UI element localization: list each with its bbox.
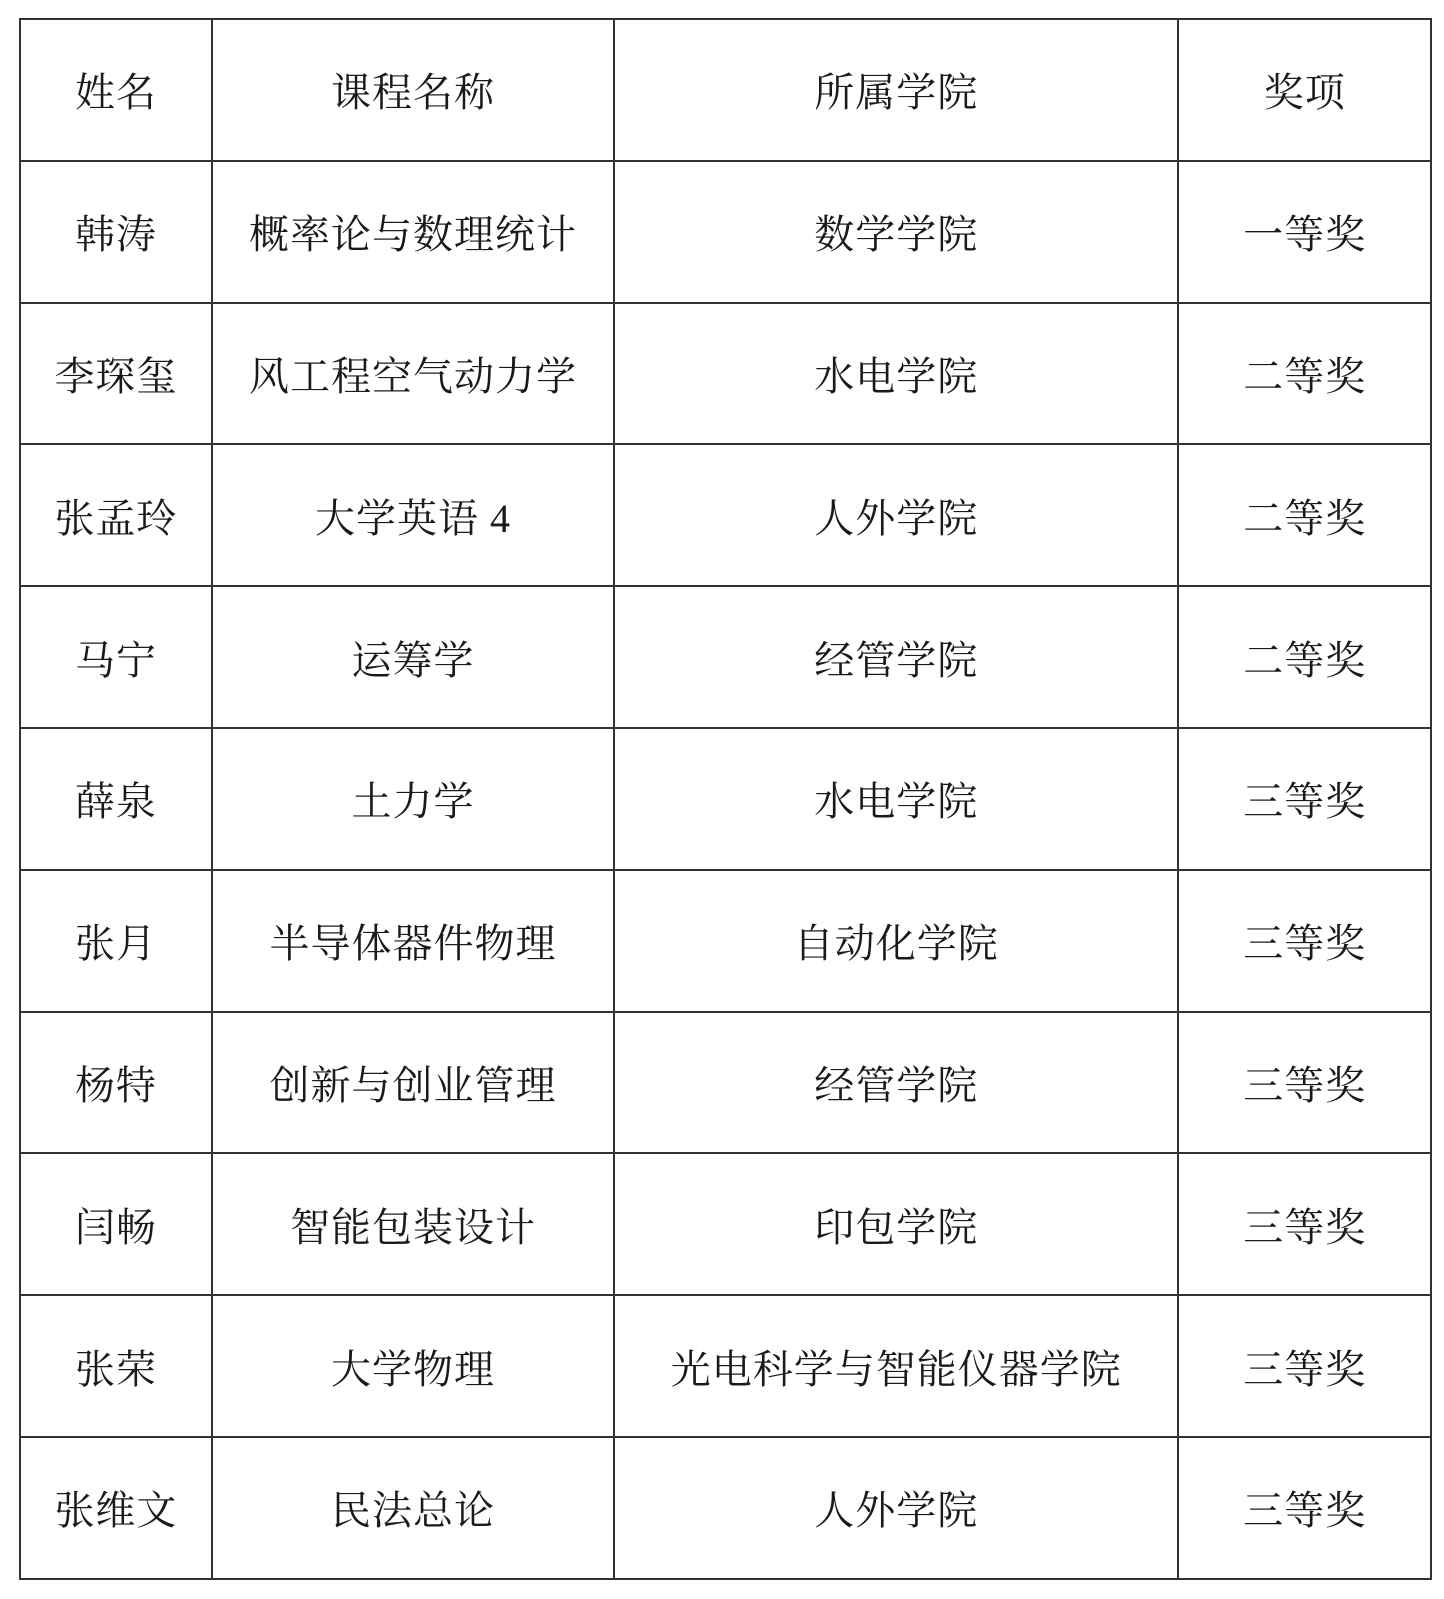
column-header-name: 姓名 [20, 19, 212, 161]
column-header-college: 所属学院 [614, 19, 1178, 161]
college-cell: 经管学院 [614, 586, 1178, 728]
course-cell: 半导体器件物理 [212, 870, 614, 1012]
award-cell: 三等奖 [1178, 728, 1431, 870]
document-page: 姓名 课程名称 所属学院 奖项 韩涛 概率论与数理统计 数学学院 一等奖 李琛玺… [0, 0, 1444, 1599]
name-cell: 张维文 [20, 1437, 212, 1579]
course-cell: 概率论与数理统计 [212, 161, 614, 303]
table-row: 杨特 创新与创业管理 经管学院 三等奖 [20, 1012, 1431, 1154]
name-cell: 张荣 [20, 1295, 212, 1437]
college-cell: 印包学院 [614, 1153, 1178, 1295]
name-cell: 马宁 [20, 586, 212, 728]
table-row: 张维文 民法总论 人外学院 三等奖 [20, 1437, 1431, 1579]
course-cell: 民法总论 [212, 1437, 614, 1579]
course-cell: 运筹学 [212, 586, 614, 728]
award-table: 姓名 课程名称 所属学院 奖项 韩涛 概率论与数理统计 数学学院 一等奖 李琛玺… [19, 18, 1432, 1580]
award-cell: 三等奖 [1178, 1012, 1431, 1154]
college-cell: 光电科学与智能仪器学院 [614, 1295, 1178, 1437]
name-cell: 薛泉 [20, 728, 212, 870]
college-cell: 人外学院 [614, 444, 1178, 586]
course-cell: 大学物理 [212, 1295, 614, 1437]
award-cell: 三等奖 [1178, 1295, 1431, 1437]
name-cell: 张孟玲 [20, 444, 212, 586]
course-cell: 土力学 [212, 728, 614, 870]
award-cell: 二等奖 [1178, 586, 1431, 728]
college-cell: 经管学院 [614, 1012, 1178, 1154]
name-cell: 闫畅 [20, 1153, 212, 1295]
course-cell: 风工程空气动力学 [212, 303, 614, 445]
award-cell: 三等奖 [1178, 1153, 1431, 1295]
course-cell: 大学英语 4 [212, 444, 614, 586]
column-header-course: 课程名称 [212, 19, 614, 161]
table-row: 张孟玲 大学英语 4 人外学院 二等奖 [20, 444, 1431, 586]
award-cell: 三等奖 [1178, 1437, 1431, 1579]
award-cell: 一等奖 [1178, 161, 1431, 303]
table-row: 薛泉 土力学 水电学院 三等奖 [20, 728, 1431, 870]
name-cell: 张月 [20, 870, 212, 1012]
table-row: 李琛玺 风工程空气动力学 水电学院 二等奖 [20, 303, 1431, 445]
name-cell: 韩涛 [20, 161, 212, 303]
award-cell: 三等奖 [1178, 870, 1431, 1012]
award-cell: 二等奖 [1178, 303, 1431, 445]
table-row: 张月 半导体器件物理 自动化学院 三等奖 [20, 870, 1431, 1012]
table-row: 马宁 运筹学 经管学院 二等奖 [20, 586, 1431, 728]
college-cell: 水电学院 [614, 728, 1178, 870]
table-row: 张荣 大学物理 光电科学与智能仪器学院 三等奖 [20, 1295, 1431, 1437]
college-cell: 人外学院 [614, 1437, 1178, 1579]
name-cell: 李琛玺 [20, 303, 212, 445]
course-cell: 创新与创业管理 [212, 1012, 614, 1154]
table-header-row: 姓名 课程名称 所属学院 奖项 [20, 19, 1431, 161]
college-cell: 水电学院 [614, 303, 1178, 445]
course-cell: 智能包装设计 [212, 1153, 614, 1295]
column-header-award: 奖项 [1178, 19, 1431, 161]
table-row: 闫畅 智能包装设计 印包学院 三等奖 [20, 1153, 1431, 1295]
college-cell: 数学学院 [614, 161, 1178, 303]
table-row: 韩涛 概率论与数理统计 数学学院 一等奖 [20, 161, 1431, 303]
college-cell: 自动化学院 [614, 870, 1178, 1012]
name-cell: 杨特 [20, 1012, 212, 1154]
award-cell: 二等奖 [1178, 444, 1431, 586]
